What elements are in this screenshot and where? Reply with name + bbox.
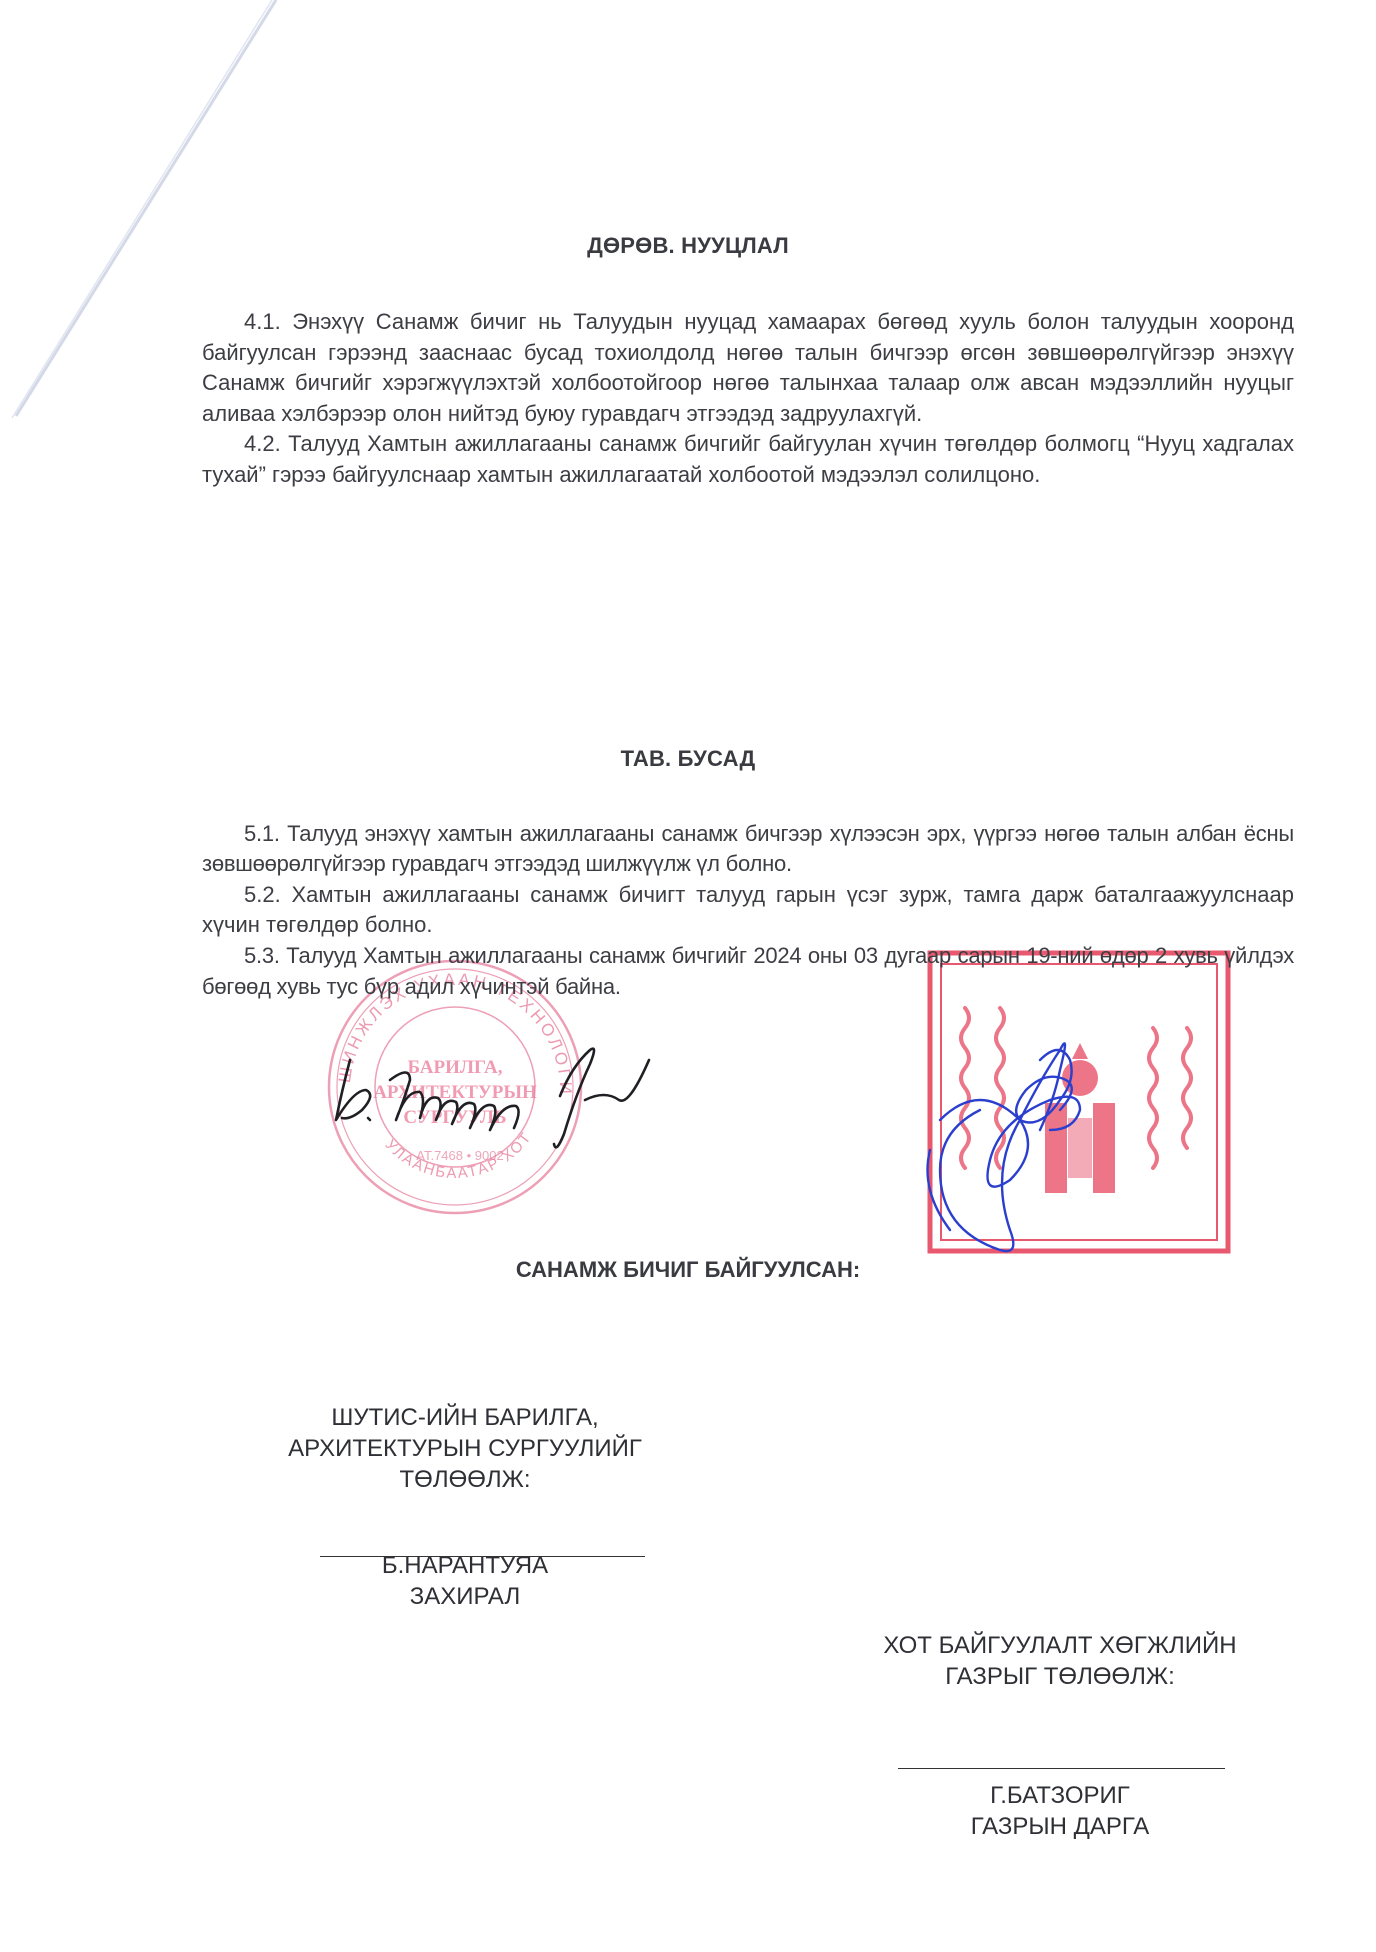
signature-line-left [320, 1556, 645, 1557]
paragraph-5-3: 5.3. Талууд Хамтын ажиллагааны санамж би… [202, 941, 1294, 1002]
stamp-center-line-3: СУРГУУЛЬ [403, 1107, 506, 1128]
section-4-body: 4.1. Энэхүү Санамж бичиг нь Талуудын нуу… [202, 307, 1294, 491]
stamp-bottom-text: УЛААНБААТАР ХОТ [382, 1128, 536, 1182]
signature-line-right [898, 1768, 1225, 1769]
signatory-left-name: Б.НАРАНТУЯА [255, 1550, 675, 1581]
signatory-right-position: ГАЗРЫН ДАРГА [850, 1811, 1270, 1842]
section-5-heading: ТАВ. БУСАД [0, 746, 1376, 772]
section-4-heading: ДӨРӨВ. НУУЦЛАЛ [0, 233, 1376, 259]
signatory-right-name: Г.БАТЗОРИГ [850, 1780, 1270, 1811]
signatures-title: САНАМЖ БИЧИГ БАЙГУУЛСАН: [0, 1257, 1376, 1283]
handwritten-signature-right [910, 1000, 1170, 1260]
signatory-left-position: ЗАХИРАЛ [255, 1581, 675, 1612]
signatory-right-org-line-1: ХОТ БАЙГУУЛАЛТ ХӨГЖЛИЙН [850, 1630, 1270, 1661]
signatory-right-org-line-2: ГАЗРЫГ ТӨЛӨӨЛЖ: [850, 1661, 1270, 1692]
paragraph-5-2: 5.2. Хамтын ажиллагааны санамж бичигт та… [202, 880, 1294, 941]
signatory-right: ХОТ БАЙГУУЛАЛТ ХӨГЖЛИЙН ГАЗРЫГ ТӨЛӨӨЛЖ: … [850, 1630, 1270, 1842]
stamp-code-text: АТ.7468 • 9002 [416, 1148, 503, 1163]
svg-text:УЛААНБААТАР ХОТ: УЛААНБААТАР ХОТ [382, 1128, 536, 1182]
signatory-left-org-line-1: ШУТИС-ИЙН БАРИЛГА, [255, 1402, 675, 1433]
paragraph-4-1: 4.1. Энэхүү Санамж бичиг нь Талуудын нуу… [202, 307, 1294, 429]
paragraph-4-2: 4.2. Талууд Хамтын ажиллагааны санамж би… [202, 429, 1294, 490]
section-5-body: 5.1. Талууд энэхүү хамтын ажиллагааны са… [202, 819, 1294, 1003]
paragraph-5-1: 5.1. Талууд энэхүү хамтын ажиллагааны са… [202, 819, 1294, 880]
stamp-center-line-1: БАРИЛГА, [407, 1057, 502, 1078]
signatory-left: ШУТИС-ИЙН БАРИЛГА, АРХИТЕКТУРЫН СУРГУУЛИ… [255, 1402, 675, 1612]
stamp-center-line-2: АРХИТЕКТУРЫН [373, 1082, 537, 1103]
signatory-left-org-line-3: ТӨЛӨӨЛЖ: [255, 1464, 675, 1495]
handwritten-signature-left [330, 1040, 660, 1150]
signatory-left-org-line-2: АРХИТЕКТУРЫН СУРГУУЛИЙГ [255, 1433, 675, 1464]
